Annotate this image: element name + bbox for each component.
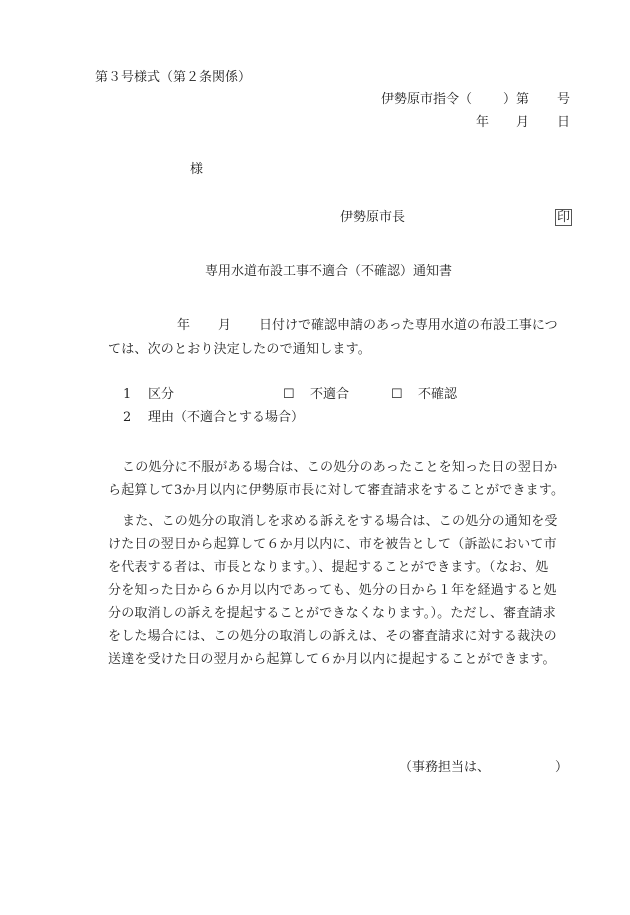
item-2-number: 2 — [123, 410, 131, 426]
date-day: 日 — [557, 115, 570, 131]
option-futekigo-label: 不適合 — [310, 387, 349, 403]
document-title: 専用水道布設工事不適合（不確認）通知書 — [205, 264, 452, 280]
notice-p2-line6: をした場合には、この処分の取消しの訴えは、その審査請求に対する裁決の — [108, 629, 557, 645]
directive-prefix: 伊勢原市指令（ — [381, 92, 472, 108]
form-label: 第３号様式（第２条関係） — [95, 70, 251, 86]
directive-dai: 第 — [516, 92, 529, 108]
seal-icon: 印 — [555, 209, 572, 226]
checkbox-icon: ☐ — [283, 387, 295, 402]
notice-p2-line2: けた日の翌日から起算して６か月以内に、市を被告として（訴訟において市 — [108, 537, 557, 553]
intro-month: 月 — [218, 318, 231, 334]
directive-close-paren: ） — [503, 92, 516, 108]
notice-p2-line7: 送達を受けた日の翌月から起算して６か月以内に提起することができます。 — [108, 652, 556, 668]
intro-line1: 日付けで確認申請のあった専用水道の布設工事につ — [259, 318, 558, 334]
item-1-number: 1 — [123, 387, 131, 403]
intro-line2: ては、次のとおり決定したので通知します。 — [108, 342, 371, 358]
intro-year: 年 — [177, 318, 190, 334]
date-month: 月 — [516, 115, 529, 131]
contact-prefix: （事務担当は、 — [399, 760, 490, 776]
checkbox-icon: ☐ — [391, 387, 403, 402]
item-1-label: 区分 — [148, 387, 174, 403]
notice-p2-line1: また、この処分の取消しを求める訴えをする場合は、この処分の通知を受 — [122, 514, 558, 530]
notice-p1-line1: この処分に不服がある場合は、この処分のあったことを知った日の翌日か — [122, 460, 557, 476]
notice-p2-line3: を代表する者は、市長となります。）、提起することができます。（なお、処 — [108, 560, 548, 576]
notice-p1-line2: ら起算して3か月以内に伊勢原市長に対して審査請求をすることができます。 — [108, 483, 564, 499]
date-year: 年 — [476, 115, 489, 131]
notice-p2-line4: 分を知った日から６か月以内であっても、処分の日から１年を経過すると処 — [108, 583, 557, 599]
option-fukakunin-label: 不確認 — [418, 387, 457, 403]
directive-go: 号 — [557, 92, 570, 108]
checkbox-fukakunin[interactable]: ☐ — [391, 387, 403, 403]
sender-name: 伊勢原市長 — [340, 210, 405, 226]
seal-mark: 印 — [555, 209, 572, 226]
item-2-label: 理由（不適合とする場合） — [148, 410, 304, 426]
checkbox-futekigo[interactable]: ☐ — [283, 387, 295, 403]
notice-p2-line5: 分の取消しの訴えを提起することができなくなります。）。ただし、審査請求 — [108, 606, 556, 622]
addressee-honorific: 様 — [190, 162, 203, 178]
contact-suffix: ） — [555, 760, 568, 776]
